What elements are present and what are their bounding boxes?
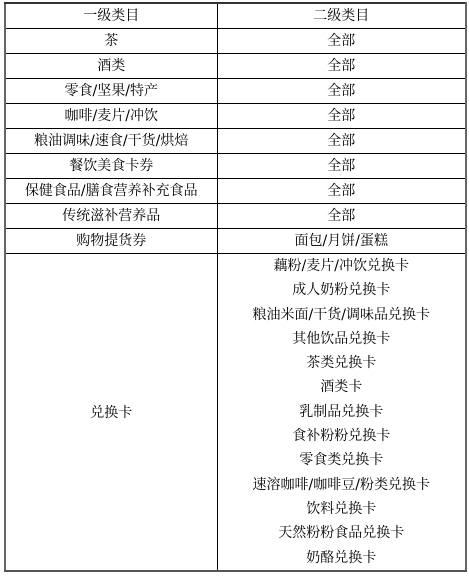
- list-item: 粮油米面/干货/调味品兑换卡: [253, 303, 430, 327]
- primary-cell: 餐饮美食卡券: [5, 154, 217, 179]
- secondary-cell: 全部: [217, 154, 466, 179]
- primary-cell: 酒类: [5, 54, 217, 79]
- list-item: 饮料兑换卡: [306, 497, 376, 521]
- secondary-cell: 全部: [217, 204, 466, 229]
- primary-cell: 粮油调味/速食/干货/烘焙: [5, 129, 217, 154]
- primary-cell: 传统滋补营养品: [5, 204, 217, 229]
- secondary-cell: 全部: [217, 179, 466, 204]
- header-primary-category: 一级类目: [5, 3, 217, 29]
- secondary-cell: 面包/月饼/蛋糕: [217, 229, 466, 254]
- primary-cell: 购物提货券: [5, 229, 217, 254]
- table-row: 酒类 全部: [5, 54, 466, 79]
- table-row: 零食/坚果/特产 全部: [5, 79, 466, 104]
- table-row-exchange-card: 兑换卡 藕粉/麦片/冲饮兑换卡 成人奶粉兑换卡 粮油米面/干货/调味品兑换卡 其…: [5, 254, 466, 571]
- secondary-cell: 全部: [217, 129, 466, 154]
- table-row: 传统滋补营养品 全部: [5, 204, 466, 229]
- secondary-cell: 全部: [217, 104, 466, 129]
- primary-cell: 保健食品/膳食营养补充食品: [5, 179, 217, 204]
- table-row: 餐饮美食卡券 全部: [5, 154, 466, 179]
- table-row: 茶 全部: [5, 29, 466, 54]
- list-item: 成人奶粉兑换卡: [292, 278, 390, 302]
- table-row: 保健食品/膳食营养补充食品 全部: [5, 179, 466, 204]
- table-row: 粮油调味/速食/干货/烘焙 全部: [5, 129, 466, 154]
- list-item: 天然粉粉食品兑换卡: [278, 521, 404, 545]
- primary-cell-exchange-card: 兑换卡: [5, 254, 217, 571]
- header-secondary-category: 二级类目: [217, 3, 466, 29]
- primary-cell: 零食/坚果/特产: [5, 79, 217, 104]
- list-item: 藕粉/麦片/冲饮兑换卡: [274, 254, 409, 278]
- list-item: 零食类兑换卡: [299, 448, 383, 472]
- secondary-cell: 全部: [217, 29, 466, 54]
- primary-cell: 咖啡/麦片/冲饮: [5, 104, 217, 129]
- list-item: 其他饮品兑换卡: [292, 327, 390, 351]
- exchange-card-subcategory-list: 藕粉/麦片/冲饮兑换卡 成人奶粉兑换卡 粮油米面/干货/调味品兑换卡 其他饮品兑…: [218, 254, 466, 570]
- table-row: 咖啡/麦片/冲饮 全部: [5, 104, 466, 129]
- secondary-cell-exchange-card-list: 藕粉/麦片/冲饮兑换卡 成人奶粉兑换卡 粮油米面/干货/调味品兑换卡 其他饮品兑…: [217, 254, 466, 571]
- category-table-container: 一级类目 二级类目 茶 全部 酒类 全部 零食/坚果/特产 全部 咖啡/麦片/冲…: [4, 2, 465, 572]
- table-row: 购物提货券 面包/月饼/蛋糕: [5, 229, 466, 254]
- category-table: 一级类目 二级类目 茶 全部 酒类 全部 零食/坚果/特产 全部 咖啡/麦片/冲…: [4, 2, 467, 572]
- secondary-cell: 全部: [217, 54, 466, 79]
- secondary-cell: 全部: [217, 79, 466, 104]
- list-item: 食补粉粉兑换卡: [292, 424, 390, 448]
- list-item: 酒类卡: [320, 375, 362, 399]
- list-item: 速溶咖啡/咖啡豆/粉类兑换卡: [253, 473, 430, 497]
- list-item: 茶类兑换卡: [306, 351, 376, 375]
- table-header-row: 一级类目 二级类目: [5, 3, 466, 29]
- primary-cell: 茶: [5, 29, 217, 54]
- list-item: 乳制品兑换卡: [299, 400, 383, 424]
- list-item: 奶酪兑换卡: [306, 546, 376, 570]
